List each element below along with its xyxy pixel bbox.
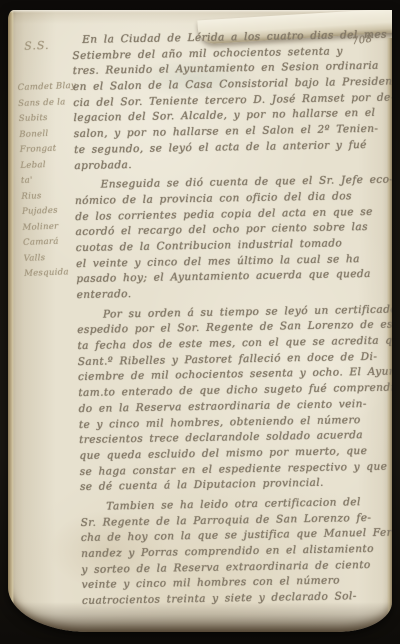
- manuscript-page: 708 S.S. Camdet BlaySans de laSubitsBone…: [8, 10, 392, 632]
- paragraph: En la Ciudad de Lérida a los cuatro dias…: [72, 28, 392, 175]
- page-bottom-shadow: [8, 602, 392, 632]
- manuscript-text: En la Ciudad de Lérida a los cuatro dias…: [72, 28, 392, 610]
- paragraph: Por su orden á su tiempo se leyó un cert…: [77, 303, 392, 497]
- margin-name: Mesquida: [24, 267, 83, 285]
- paragraph: Enseguida se dió cuenta de que el Sr. Je…: [75, 173, 392, 304]
- paragraph: Tambien se ha leido otra certificacion d…: [80, 495, 392, 610]
- manuscript-photo: 708 S.S. Camdet BlaySans de laSubitsBone…: [0, 0, 400, 644]
- margin-header: S.S.: [24, 38, 74, 53]
- page-left-edge: [8, 10, 14, 632]
